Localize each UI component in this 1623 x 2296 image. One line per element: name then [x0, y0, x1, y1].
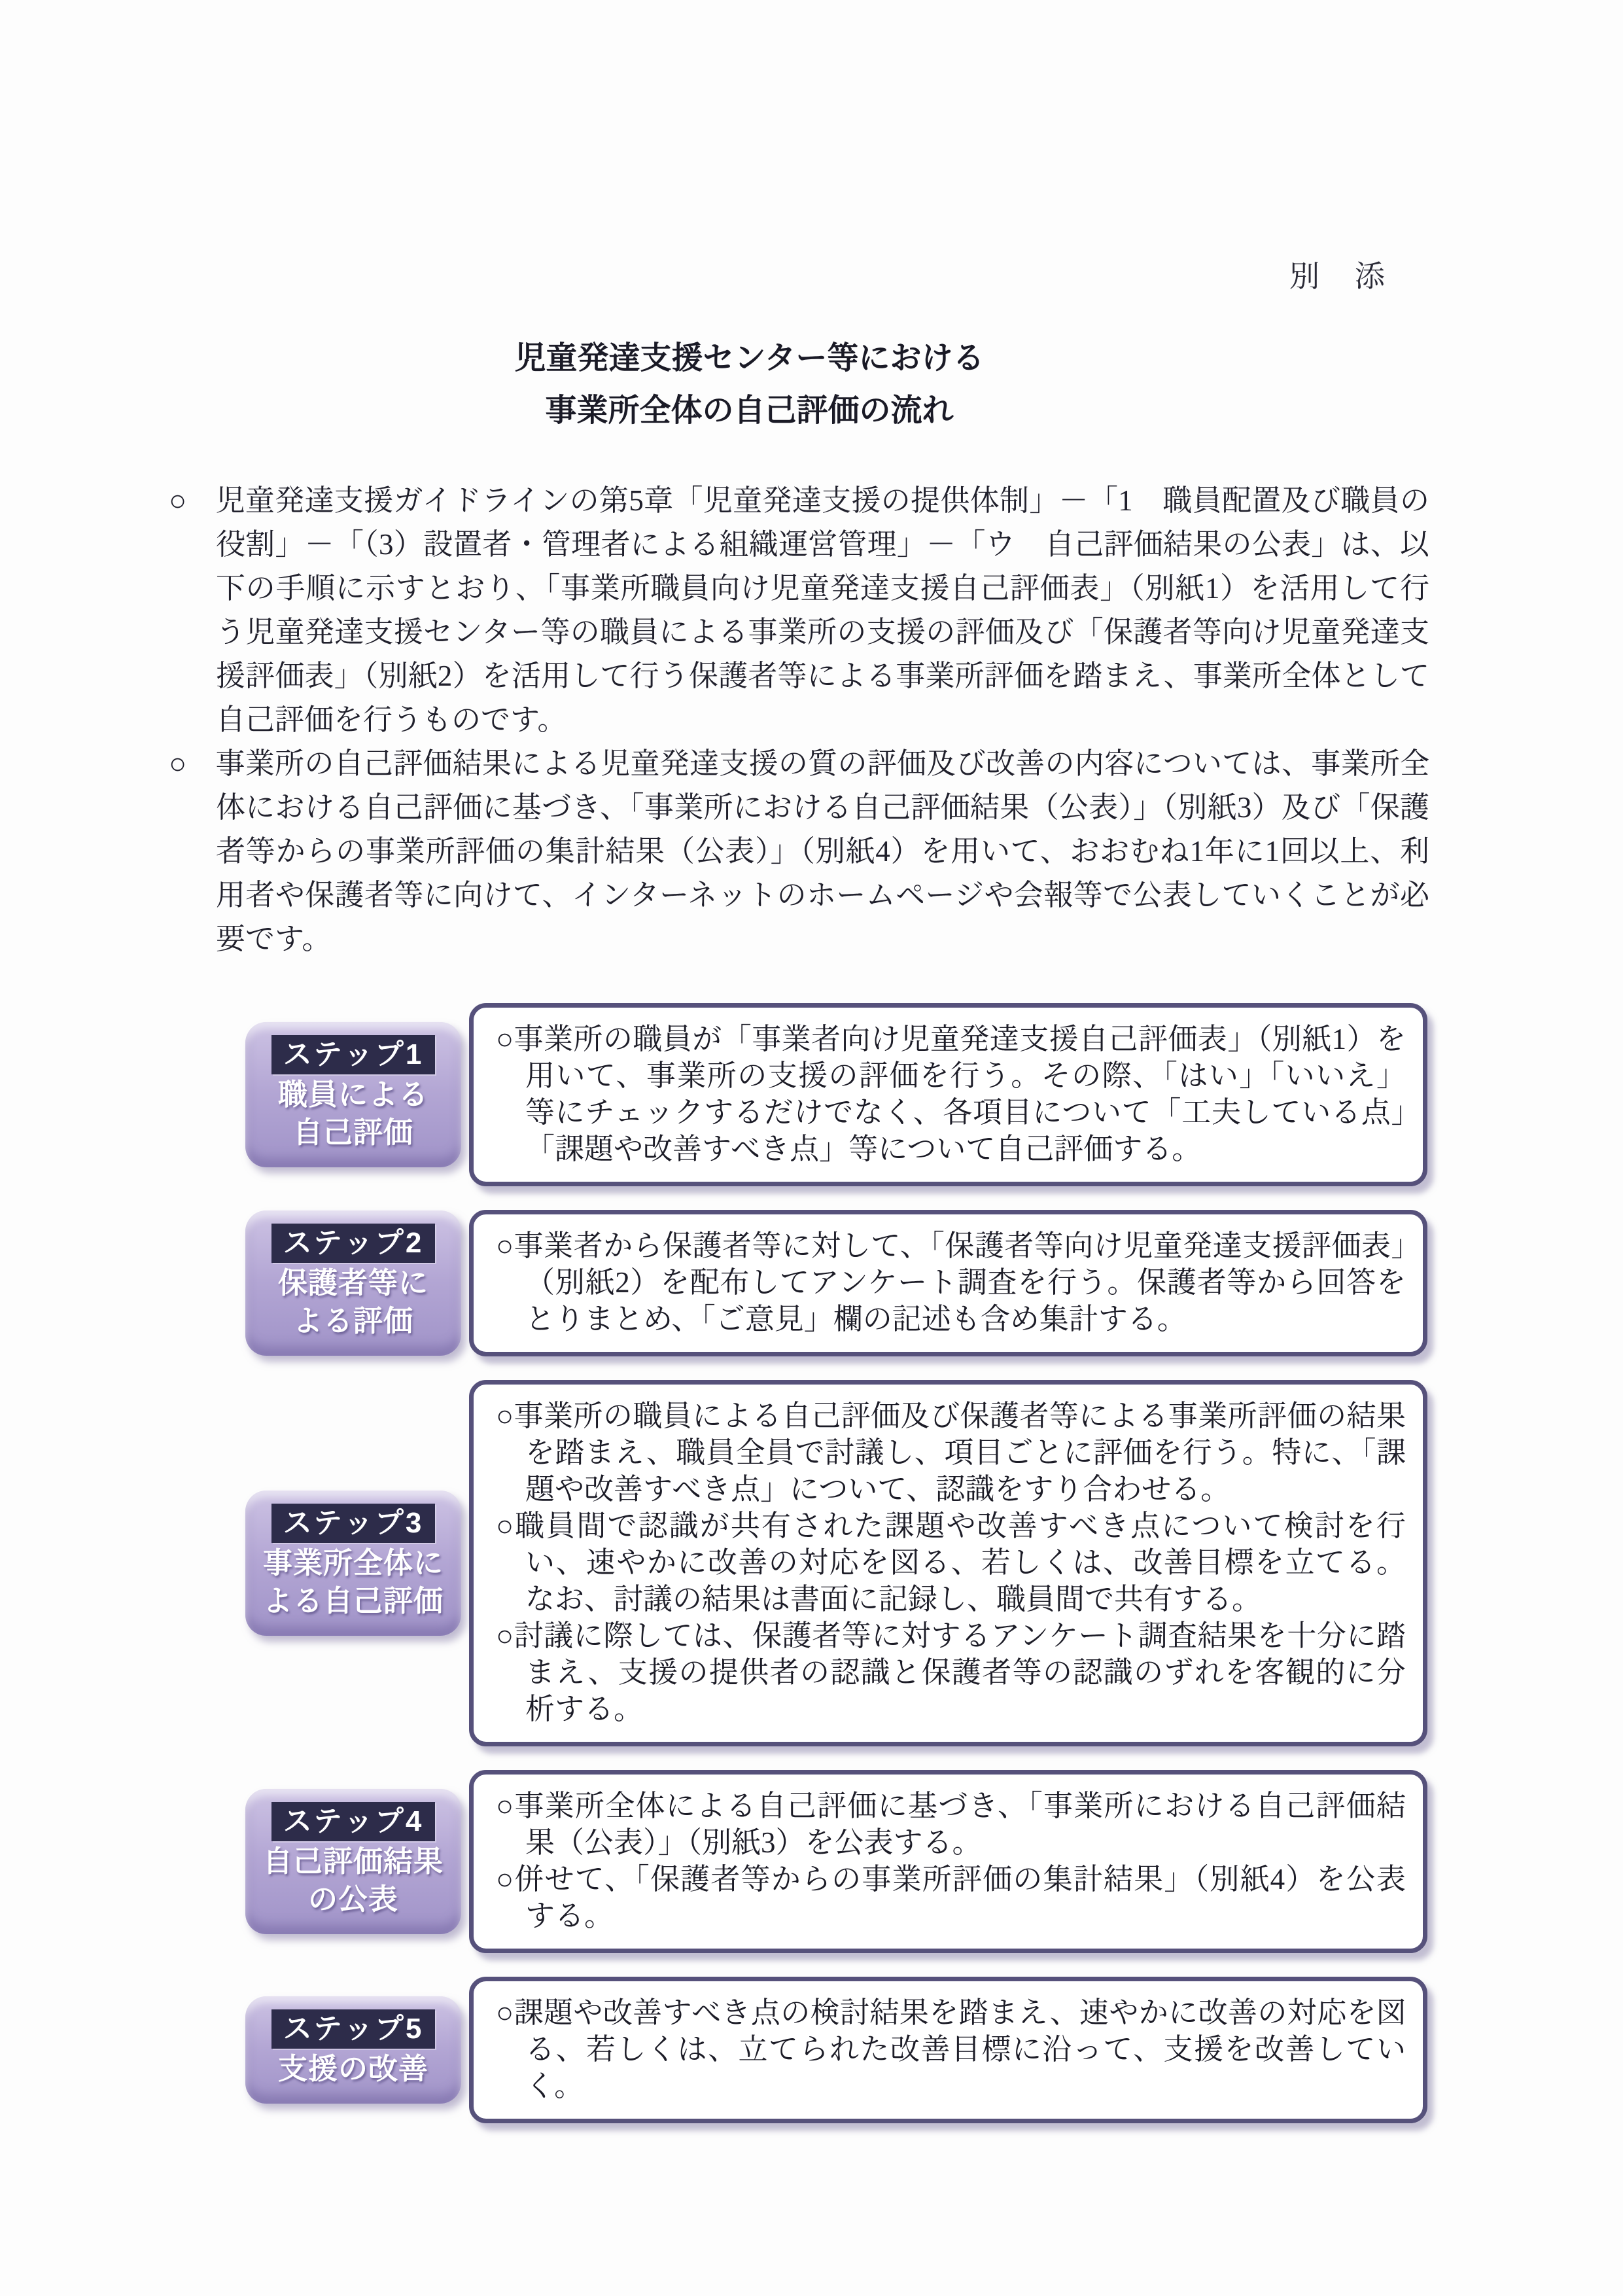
step-row-3: ステップ3 事業所全体に よる自己評価 ○事業所の職員による自己評価及び保護者等…: [245, 1380, 1427, 1746]
step-4-name-line: の公表: [308, 1882, 398, 1917]
step-4-name-line: 自己評価結果: [263, 1844, 444, 1879]
intro-paragraph-2: ○事業所の自己評価結果による児童発達支援の質の評価及び改善の内容については、事業…: [169, 742, 1429, 961]
step-5-bullet-1: ○課題や改善すべき点の検討結果を踏まえ、速やかに改善の対応を図る、若しくは、立て…: [496, 1994, 1406, 2104]
step-4-badge: ステップ4 自己評価結果 の公表: [245, 1789, 461, 1934]
step-4-description-box: ○事業所全体による自己評価に基づき、「事業所における自己評価結果（公表）」（別紙…: [469, 1770, 1427, 1953]
step-5-tag: ステップ5: [271, 2009, 436, 2049]
title-line-1: 児童発達支援センター等における: [0, 332, 1561, 385]
step-3-bullet-2: ○職員間で認識が共有された課題や改善すべき点について検討を行い、速やかに改善の対…: [496, 1508, 1406, 1617]
step-2-badge: ステップ2 保護者等に よる評価: [245, 1210, 461, 1356]
step-3-name-line: 事業所全体に: [263, 1545, 444, 1581]
step-3-badge: ステップ3 事業所全体に よる自己評価: [245, 1491, 461, 1636]
step-3-description-box: ○事業所の職員による自己評価及び保護者等による事業所評価の結果を踏まえ、職員全員…: [469, 1380, 1427, 1746]
page-title: 児童発達支援センター等における 事業所全体の自己評価の流れ: [0, 332, 1561, 437]
step-5-description-box: ○課題や改善すべき点の検討結果を踏まえ、速やかに改善の対応を図る、若しくは、立て…: [469, 1977, 1427, 2123]
step-2-name-line: よる評価: [293, 1303, 413, 1339]
document-page: 別 添 児童発達支援センター等における 事業所全体の自己評価の流れ ○児童発達支…: [0, 0, 1623, 2296]
step-5-name-line: 支援の改善: [278, 2051, 428, 2087]
circle-bullet-marker: ○: [169, 747, 186, 780]
intro-paragraph-2-text: 事業所の自己評価結果による児童発達支援の質の評価及び改善の内容については、事業所…: [215, 747, 1429, 955]
step-1-name-line: 職員による: [278, 1077, 428, 1112]
step-2-name-line: 保護者等に: [278, 1265, 428, 1301]
step-1-name-line: 自己評価: [293, 1115, 413, 1150]
step-4-bullet-1: ○事業所全体による自己評価に基づき、「事業所における自己評価結果（公表）」（別紙…: [496, 1788, 1406, 1861]
corner-note: 別 添: [0, 253, 1623, 296]
step-5-badge: ステップ5 支援の改善: [245, 1996, 461, 2104]
step-2-bullet-1: ○事業者から保護者等に対して、「保護者等向け児童発達支援評価表」（別紙2）を配布…: [496, 1227, 1406, 1337]
step-3-tag: ステップ3: [271, 1504, 436, 1543]
step-row-1: ステップ1 職員による 自己評価 ○事業所の職員が「事業者向け児童発達支援自己評…: [245, 1003, 1427, 1186]
steps-flow: ステップ1 職員による 自己評価 ○事業所の職員が「事業者向け児童発達支援自己評…: [245, 1003, 1427, 2123]
intro-section: ○児童発達支援ガイドラインの第5章「児童発達支援の提供体制」－「1 職員配置及び…: [0, 479, 1623, 961]
step-3-bullet-3: ○討議に際しては、保護者等に対するアンケート調査結果を十分に踏まえ、支援の提供者…: [496, 1617, 1406, 1727]
step-1-badge: ステップ1 職員による 自己評価: [245, 1022, 461, 1167]
title-line-2: 事業所全体の自己評価の流れ: [0, 385, 1561, 437]
step-row-5: ステップ5 支援の改善 ○課題や改善すべき点の検討結果を踏まえ、速やかに改善の対…: [245, 1977, 1427, 2123]
intro-paragraph-1-text: 児童発達支援ガイドラインの第5章「児童発達支援の提供体制」－「1 職員配置及び職…: [216, 484, 1429, 736]
step-1-bullet-1: ○事業所の職員が「事業者向け児童発達支援自己評価表」（別紙1）を用いて、事業所の…: [496, 1021, 1406, 1167]
intro-paragraph-1: ○児童発達支援ガイドラインの第5章「児童発達支援の提供体制」－「1 職員配置及び…: [169, 479, 1429, 742]
step-2-description-box: ○事業者から保護者等に対して、「保護者等向け児童発達支援評価表」（別紙2）を配布…: [469, 1210, 1427, 1356]
step-1-tag: ステップ1: [271, 1035, 436, 1074]
step-4-tag: ステップ4: [271, 1802, 436, 1841]
step-row-4: ステップ4 自己評価結果 の公表 ○事業所全体による自己評価に基づき、「事業所に…: [245, 1770, 1427, 1953]
step-3-bullet-1: ○事業所の職員による自己評価及び保護者等による事業所評価の結果を踏まえ、職員全員…: [496, 1398, 1406, 1508]
step-2-tag: ステップ2: [271, 1224, 436, 1263]
circle-bullet-marker: ○: [169, 484, 187, 517]
step-row-2: ステップ2 保護者等に よる評価 ○事業者から保護者等に対して、「保護者等向け児…: [245, 1210, 1427, 1356]
step-3-name-line: よる自己評価: [263, 1583, 444, 1619]
step-4-bullet-2: ○併せて、「保護者等からの事業所評価の集計結果」（別紙4）を公表する。: [496, 1861, 1406, 1934]
step-1-description-box: ○事業所の職員が「事業者向け児童発達支援自己評価表」（別紙1）を用いて、事業所の…: [469, 1003, 1427, 1186]
